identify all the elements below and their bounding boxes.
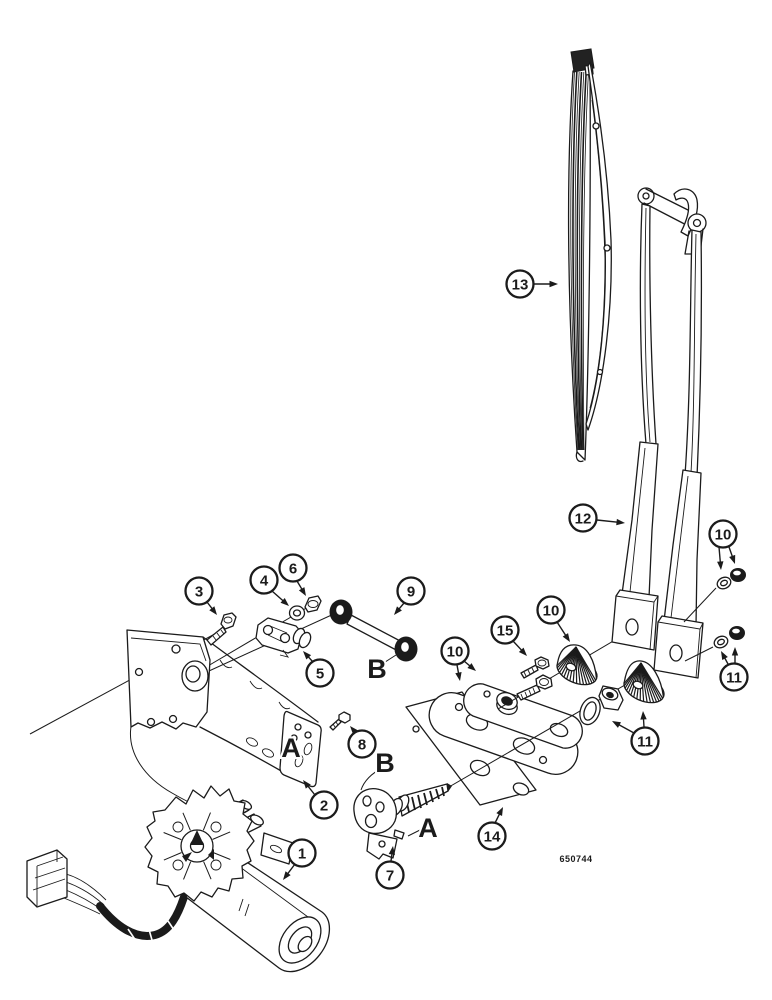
callout-6: 6 xyxy=(280,555,307,597)
part-washer-4 xyxy=(290,606,305,620)
svg-text:12: 12 xyxy=(575,511,592,528)
ref-letter-B: B xyxy=(375,748,395,778)
callout-10: 10 xyxy=(710,521,737,571)
callout-15: 15 xyxy=(492,617,528,657)
svg-text:14: 14 xyxy=(484,829,501,846)
callout-10: 10 xyxy=(442,638,477,682)
callout-5: 5 xyxy=(303,651,334,687)
callout-3: 3 xyxy=(186,578,218,616)
motor-cable xyxy=(100,897,184,936)
part-wiper-arms-12 xyxy=(612,188,706,678)
svg-text:9: 9 xyxy=(407,584,415,601)
callout-2: 2 xyxy=(303,780,338,819)
parts-diagram-page: 131210113465915101011827141 BABA 650744 xyxy=(0,0,772,1000)
part-screw-8 xyxy=(330,712,350,730)
svg-text:15: 15 xyxy=(497,623,514,640)
callout-14: 14 xyxy=(479,807,506,850)
part-arm-washers-nuts xyxy=(712,568,746,650)
svg-text:2: 2 xyxy=(320,798,328,815)
svg-text:10: 10 xyxy=(715,527,732,544)
callout-layer: 131210113465915101011827141 xyxy=(186,271,748,889)
callout-11: 11 xyxy=(721,647,748,691)
callout-13: 13 xyxy=(507,271,559,298)
part-wiper-blade-13 xyxy=(569,49,612,461)
part-clamp-5 xyxy=(256,618,313,657)
callout-9: 9 xyxy=(394,578,425,616)
svg-text:5: 5 xyxy=(316,666,324,683)
ref-letter-A: A xyxy=(418,813,438,843)
part-hex-nut xyxy=(599,686,623,710)
part-screw-3 xyxy=(207,613,236,645)
part-linkage-9 xyxy=(330,600,418,662)
svg-text:1: 1 xyxy=(298,846,306,863)
svg-text:4: 4 xyxy=(260,573,269,590)
svg-text:6: 6 xyxy=(289,561,297,578)
part-nut-6 xyxy=(305,596,321,612)
callout-10: 10 xyxy=(538,597,571,643)
svg-text:13: 13 xyxy=(512,277,529,294)
svg-text:3: 3 xyxy=(195,584,203,601)
harness-connector xyxy=(27,850,67,907)
drawing-number: 650744 xyxy=(559,854,592,864)
callout-8: 8 xyxy=(349,726,376,758)
callout-12: 12 xyxy=(570,505,626,532)
svg-text:11: 11 xyxy=(637,734,653,751)
svg-text:8: 8 xyxy=(358,737,366,754)
svg-text:7: 7 xyxy=(386,868,394,885)
wiper-assembly-diagram: 131210113465915101011827141 BABA 650744 xyxy=(0,0,772,1000)
callout-11: 11 xyxy=(612,711,659,755)
part-dome-cap-10 xyxy=(553,645,601,690)
part-screws-15 xyxy=(517,657,552,700)
svg-text:11: 11 xyxy=(726,670,742,687)
ref-letter-B: B xyxy=(367,654,387,684)
svg-text:10: 10 xyxy=(447,644,464,661)
ref-letter-A: A xyxy=(281,733,301,763)
svg-text:10: 10 xyxy=(543,603,560,620)
